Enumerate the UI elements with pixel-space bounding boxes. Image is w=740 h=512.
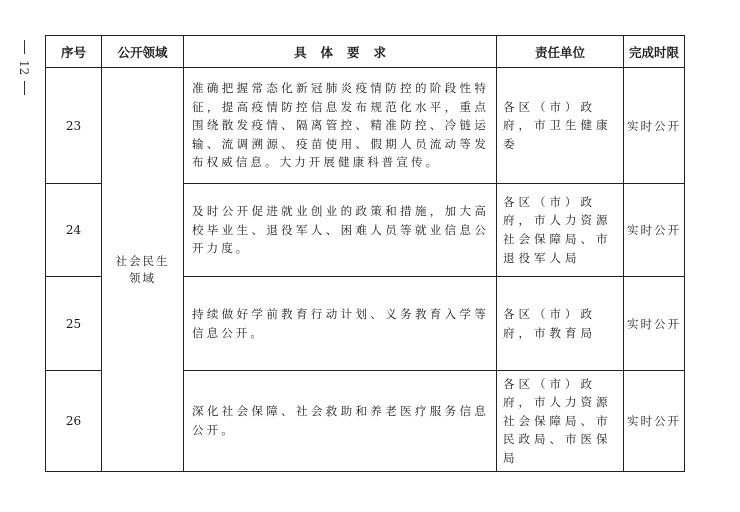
header-area: 公开领域 <box>102 36 184 68</box>
row-index: 23 <box>46 68 102 184</box>
header-unit: 责任单位 <box>497 36 624 68</box>
row-unit: 各区（市）政府，市人力资源社会保障局、市退役军人局 <box>497 184 624 277</box>
row-index: 24 <box>46 184 102 277</box>
header-requirement: 具体要求 <box>184 36 497 68</box>
row-requirement: 及时公开促进就业创业的政策和措施，加大高校毕业生、退役军人、困难人员等就业信息公… <box>184 184 497 277</box>
row-index: 25 <box>46 277 102 371</box>
area-label: 社会民生领域 <box>113 253 173 287</box>
row-unit: 各区（市）政府，市卫生健康委 <box>497 68 624 184</box>
page-number-text: 12 <box>17 60 31 75</box>
header-row: 序号 公开领域 具体要求 责任单位 完成时限 <box>46 36 685 68</box>
row-deadline: 实时公开 <box>624 371 685 472</box>
page-number: 12 <box>14 40 34 110</box>
row-requirement: 深化社会保障、社会救助和养老医疗服务信息公开。 <box>184 371 497 472</box>
row-deadline: 实时公开 <box>624 184 685 277</box>
divider <box>24 40 25 54</box>
table-row: 23 社会民生领域 准确把握常态化新冠肺炎疫情防控的阶段性特征，提高疫情防控信息… <box>46 68 685 184</box>
row-requirement: 持续做好学前教育行动计划、义务教育入学等信息公开。 <box>184 277 497 371</box>
header-index: 序号 <box>46 36 102 68</box>
row-unit: 各区（市）政府，市教育局 <box>497 277 624 371</box>
row-deadline: 实时公开 <box>624 277 685 371</box>
header-deadline: 完成时限 <box>624 36 685 68</box>
divider <box>24 81 25 95</box>
row-index: 26 <box>46 371 102 472</box>
row-deadline: 实时公开 <box>624 68 685 184</box>
row-unit: 各区（市）政府，市人力资源社会保障局、市民政局、市医保局 <box>497 371 624 472</box>
disclosure-table: 序号 公开领域 具体要求 责任单位 完成时限 23 社会民生领域 准确把握常态化… <box>45 35 685 472</box>
row-requirement: 准确把握常态化新冠肺炎疫情防控的阶段性特征，提高疫情防控信息发布规范化水平，重点… <box>184 68 497 184</box>
area-cell: 社会民生领域 <box>102 68 184 472</box>
